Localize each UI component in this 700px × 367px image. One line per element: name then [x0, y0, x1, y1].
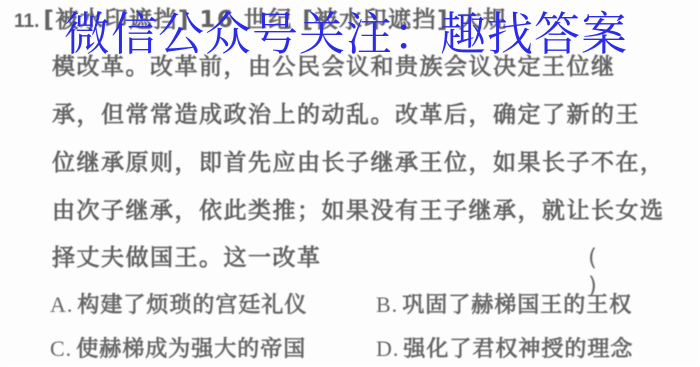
- question-line-6: 择丈夫做国王。这一改革: [52, 244, 322, 272]
- option-a-key: A.: [50, 292, 73, 317]
- option-d-text: 强化了君权神授的理念: [403, 337, 633, 362]
- question-line-4: 位继承原则，即首先应由长子继承王位，如果长子不在，: [52, 149, 665, 177]
- option-c-key: C.: [50, 336, 72, 361]
- option-b-text: 巩固了赫梯国王的王权: [402, 293, 632, 318]
- watermark-overlay: 微信公众号关注：趣找答案: [64, 8, 628, 60]
- option-d: D.强化了君权神授的理念: [376, 335, 633, 364]
- option-b-key: B.: [376, 292, 398, 317]
- question-line-3: 承，但常常造成政治上的动乱。改革后，确定了新的王: [52, 101, 640, 129]
- question-line-5: 由次子继承，依此类推；如果没有王子继承，就让长女选: [52, 197, 665, 225]
- option-a-text: 构建了烦琐的宫廷礼仪: [77, 293, 307, 318]
- option-b: B.巩固了赫梯国王的王权: [376, 291, 632, 320]
- question-number: 11.: [14, 11, 39, 32]
- option-c: C.使赫梯成为强大的帝国: [50, 335, 306, 364]
- option-d-key: D.: [376, 336, 399, 361]
- option-c-text: 使赫梯成为强大的帝国: [76, 337, 306, 362]
- option-a: A.构建了烦琐的宫廷礼仪: [50, 291, 307, 320]
